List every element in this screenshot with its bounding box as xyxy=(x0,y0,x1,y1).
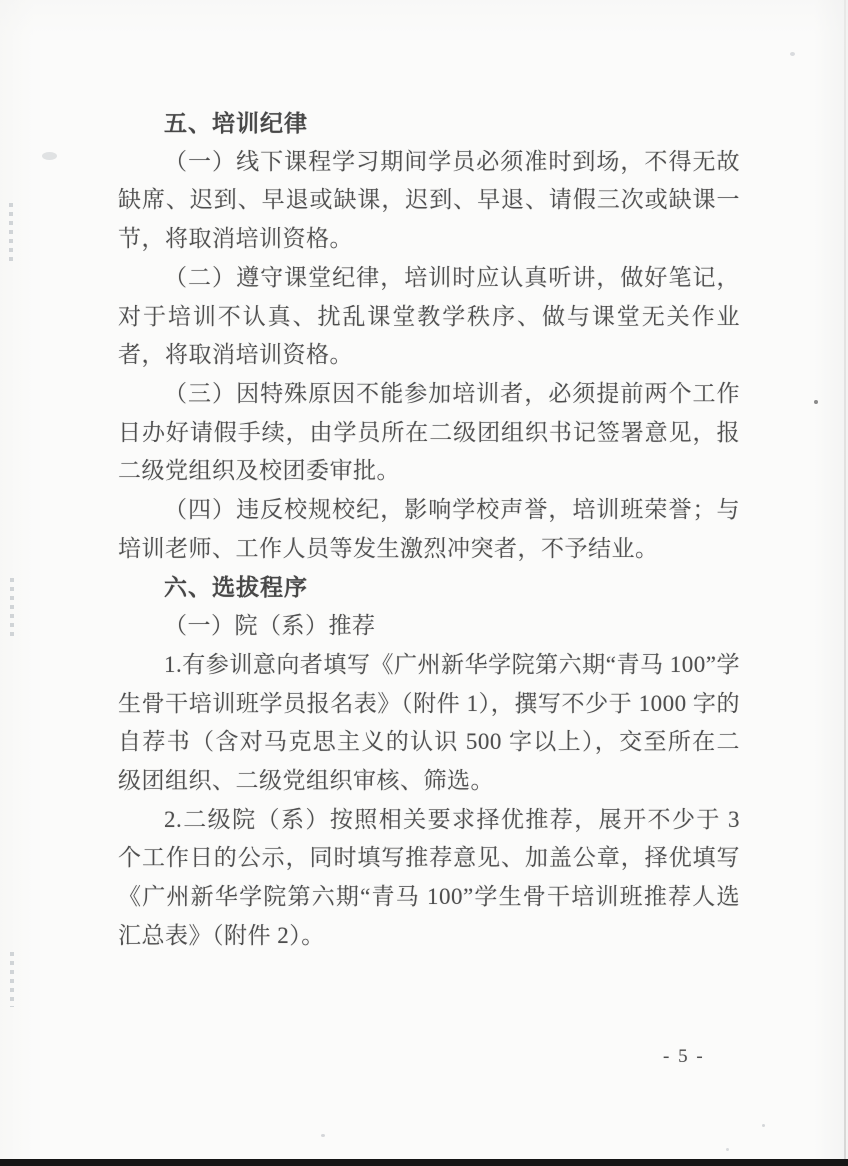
scan-binding-mark xyxy=(10,952,14,1007)
scan-speck xyxy=(321,1134,325,1137)
paragraph-recommendation-step-2: 2.二级院（系）按照相关要求择优推荐，展开不少于 3 个工作日的公示，同时填写推… xyxy=(118,801,740,956)
section-heading-selection-procedure: 六、选拔程序 xyxy=(118,568,740,607)
scan-binding-mark xyxy=(9,203,13,265)
scan-speck xyxy=(42,152,57,160)
page-number: - 5 - xyxy=(663,1046,705,1068)
scan-speck xyxy=(726,1148,729,1151)
paragraph-discipline-4: （四）违反校规校纪，影响学校声誉，培训班荣誉；与培训老师、工作人员等发生激烈冲突… xyxy=(118,491,740,568)
scan-page-edge-line xyxy=(844,0,846,1159)
scan-speck xyxy=(814,400,818,404)
paragraph-recommendation-step-1: 1.有参训意向者填写《广州新华学院第六期“青马 100”学生骨干培训班学员报名表… xyxy=(118,646,740,801)
scan-binding-mark xyxy=(10,578,14,636)
paragraph-discipline-1: （一）线下课程学习期间学员必须准时到场，不得无故缺席、迟到、早退或缺课，迟到、早… xyxy=(118,143,740,259)
paragraph-discipline-3: （三）因特殊原因不能参加培训者，必须提前两个工作日办好请假手续，由学员所在二级团… xyxy=(118,375,740,491)
paragraph-discipline-2: （二）遵守课堂纪律，培训时应认真听讲，做好笔记，对于培训不认真、扰乱课堂教学秩序… xyxy=(118,259,740,375)
paragraph-recommendation-subheading: （一）院（系）推荐 xyxy=(118,607,740,646)
scan-speck xyxy=(790,52,795,56)
document-body: 五、培训纪律 （一）线下课程学习期间学员必须准时到场，不得无故缺席、迟到、早退或… xyxy=(118,104,740,955)
scan-speck xyxy=(762,1124,765,1127)
scanned-document-page: { "document": { "sections": [ { "type": … xyxy=(0,0,848,1166)
section-heading-training-discipline: 五、培训纪律 xyxy=(118,104,740,143)
scan-bottom-bar xyxy=(0,1159,848,1166)
